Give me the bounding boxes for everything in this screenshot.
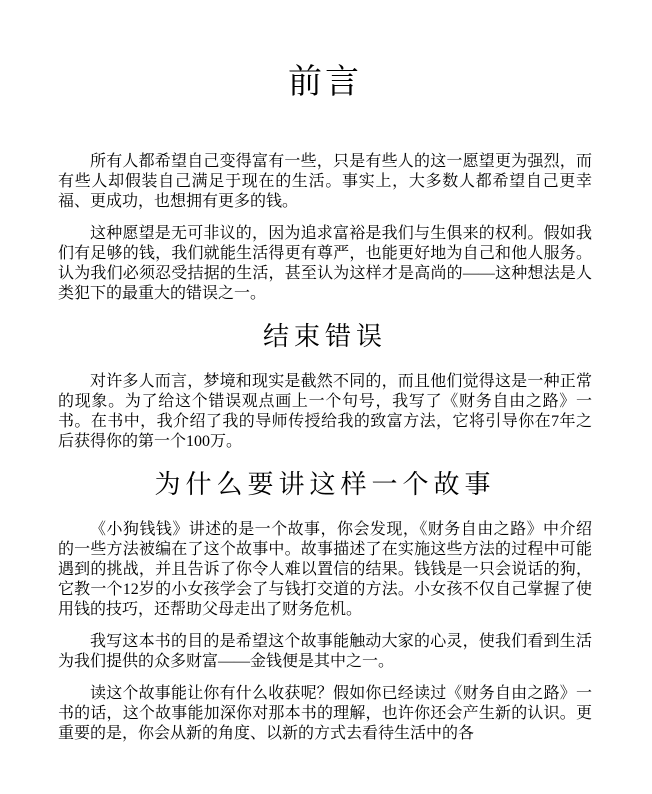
paragraph-purpose-of-book: 我写这本书的目的是希望这个故事能触动大家的心灵，使我们看到生活为我们提供的众多财… [58,632,592,672]
paragraph-story-of-money-dog: 《小狗钱钱》讲述的是一个故事，你会发现，《财务自由之路》中介绍的一些方法被编在了… [58,520,592,620]
book-page: 前言 所有人都希望自己变得富有一些，只是有些人的这一愿望更为强烈，而有些人却假装… [0,0,652,794]
paragraph-wish-to-be-rich: 所有人都希望自己变得富有一些，只是有些人的这一愿望更为强烈，而有些人却假装自己满… [58,152,592,212]
section-heading-why-tell-this-story: 为什么要讲这样一个故事 [58,468,592,502]
paragraph-wish-is-legitimate: 这种愿望是无可非议的，因为追求富裕是我们与生俱来的权利。假如我们有足够的钱，我们… [58,224,592,304]
paragraph-what-you-gain: 读这个故事能让你有什么收获呢？假如你已经读过《财务自由之路》一书的话，这个故事能… [58,684,592,744]
chapter-title: 前言 [58,62,592,104]
paragraph-dream-vs-reality: 对许多人而言，梦境和现实是截然不同的，而且他们觉得这是一种正常的现象。为了给这个… [58,372,592,452]
section-heading-end-the-mistake: 结束错误 [58,320,592,354]
